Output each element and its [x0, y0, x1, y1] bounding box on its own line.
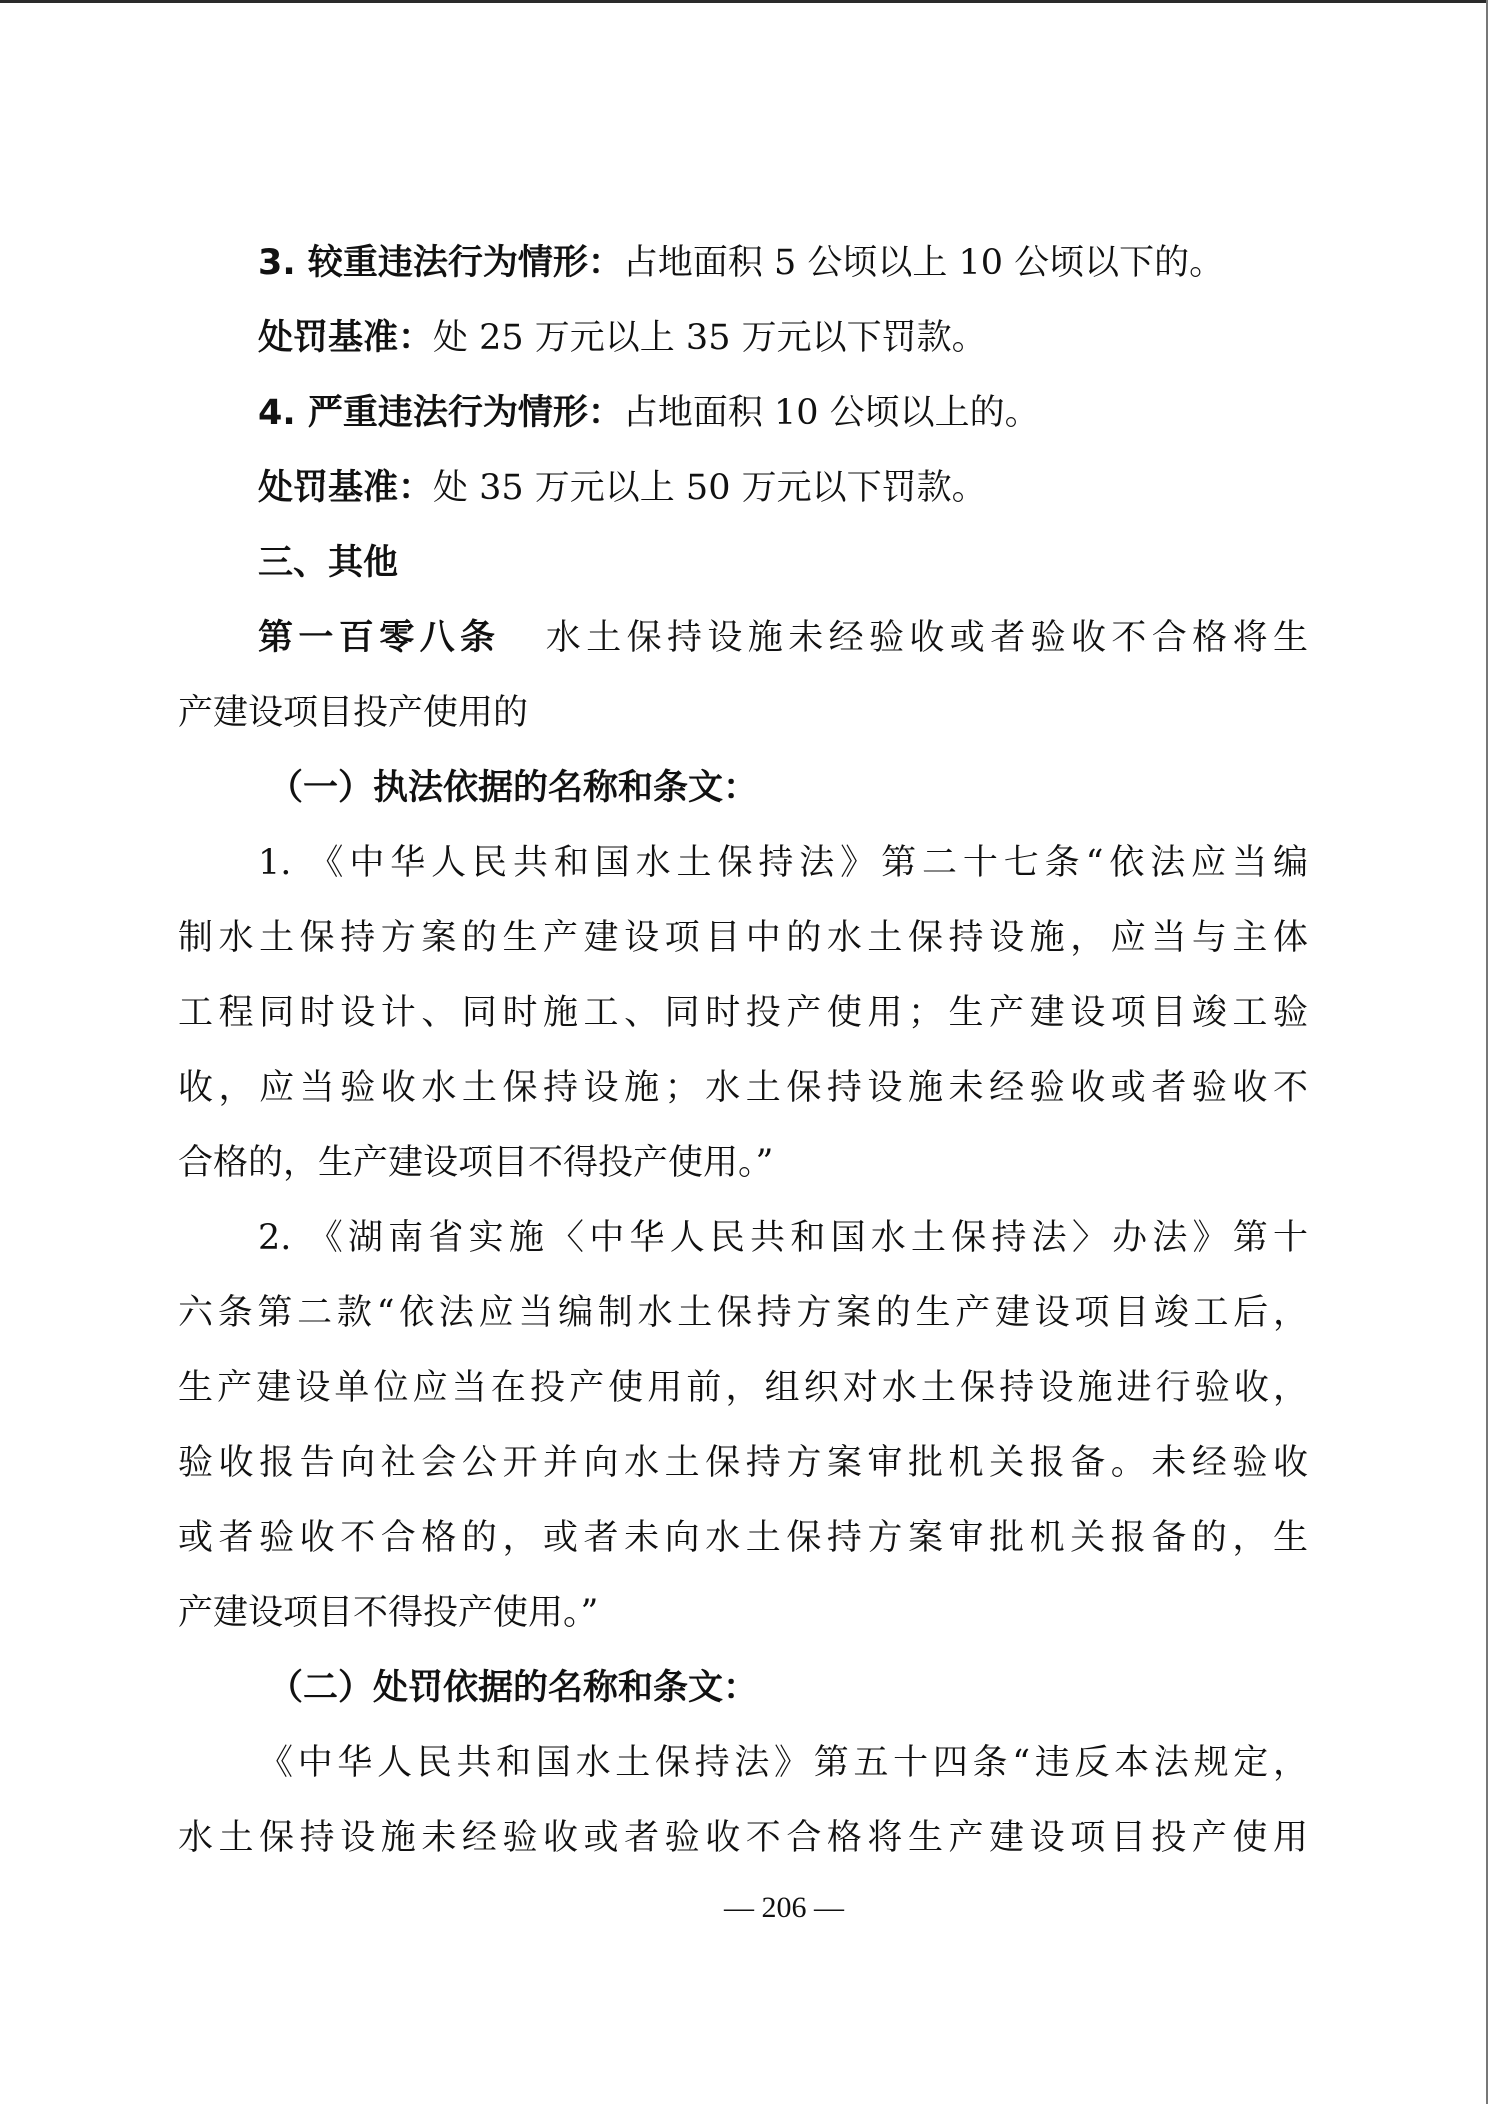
paragraph-text: 六条第二款“依法应当编制水土保持方案的生产建设项目竣工后， — [178, 1293, 1308, 1333]
paragraph-text: 合格的，生产建设项目不得投产使用。” — [178, 1143, 773, 1183]
text-line: 工程同时设计、同时施工、同时投产使用；生产建设项目竣工验 — [178, 988, 1308, 1038]
paragraph-text: 或者验收不合格的，或者未向水土保持方案审批机关报备的，生 — [178, 1518, 1308, 1558]
paragraph-text: 验收报告向社会公开并向水土保持方案审批机关报备。未经验收 — [178, 1443, 1308, 1483]
article-title: 水土保持设施未经验收或者验收不合格将生 — [540, 618, 1308, 658]
text-line: 处罚基准：处 25 万元以上 35 万元以下罚款。 — [258, 313, 1308, 363]
article-title-cont: 产建设项目投产使用的 — [178, 693, 528, 733]
paragraph-text: 制水土保持方案的生产建设项目中的水土保持设施，应当与主体 — [178, 918, 1308, 958]
page-top-border — [0, 0, 1488, 3]
subsection-title: （一）执法依据的名称和条文： — [268, 768, 758, 808]
item-heading: 3. 较重违法行为情形： — [258, 243, 623, 283]
text-line: 或者验收不合格的，或者未向水土保持方案审批机关报备的，生 — [178, 1513, 1308, 1563]
paragraph-text: 生产建设单位应当在投产使用前，组织对水土保持设施进行验收， — [178, 1368, 1308, 1408]
section-title: 三、其他 — [258, 543, 398, 583]
text-line: 收，应当验收水土保持设施；水土保持设施未经验收或者验收不 — [178, 1063, 1308, 1113]
text-line: 水土保持设施未经验收或者验收不合格将生产建设项目投产使用 — [178, 1813, 1308, 1863]
paragraph-text: 收，应当验收水土保持设施；水土保持设施未经验收或者验收不 — [178, 1068, 1308, 1108]
subsection-heading: （二）处罚依据的名称和条文： — [268, 1663, 1398, 1713]
text-line: 验收报告向社会公开并向水土保持方案审批机关报备。未经验收 — [178, 1438, 1308, 1488]
page-number: — 206 — — [684, 1888, 884, 1928]
subsection-heading: （一）执法依据的名称和条文： — [268, 763, 1398, 813]
penalty-label: 处罚基准： — [258, 468, 433, 508]
text-line: 《中华人民共和国水土保持法》第五十四条“违反本法规定， — [258, 1738, 1308, 1788]
item-text: 占地面积 10 公顷以上的。 — [623, 393, 1040, 433]
section-heading: 三、其他 — [258, 538, 1308, 588]
item-heading: 4. 严重违法行为情形： — [258, 393, 623, 433]
text-line: 产建设项目不得投产使用。” — [178, 1588, 1308, 1638]
article-number: 第一百零八条 — [258, 618, 500, 658]
text-line: 2. 《湖南省实施〈中华人民共和国水土保持法〉办法》第十 — [258, 1213, 1308, 1263]
text-line: 4. 严重违法行为情形：占地面积 10 公顷以上的。 — [258, 388, 1308, 438]
text-line: 1. 《中华人民共和国水土保持法》第二十七条“依法应当编 — [258, 838, 1308, 888]
paragraph-text: 2. 《湖南省实施〈中华人民共和国水土保持法〉办法》第十 — [258, 1218, 1308, 1258]
penalty-text: 处 25 万元以上 35 万元以下罚款。 — [433, 318, 987, 358]
paragraph-text: 《中华人民共和国水土保持法》第五十四条“违反本法规定， — [258, 1743, 1308, 1783]
paragraph-text: 水土保持设施未经验收或者验收不合格将生产建设项目投产使用 — [178, 1818, 1308, 1858]
article-heading-line: 第一百零八条水土保持设施未经验收或者验收不合格将生 — [258, 613, 1308, 663]
text-line: 3. 较重违法行为情形：占地面积 5 公顷以上 10 公顷以下的。 — [258, 238, 1308, 288]
text-line: 六条第二款“依法应当编制水土保持方案的生产建设项目竣工后， — [178, 1288, 1308, 1338]
text-line: 产建设项目投产使用的 — [178, 688, 1308, 738]
text-line: 生产建设单位应当在投产使用前，组织对水土保持设施进行验收， — [178, 1363, 1308, 1413]
item-text: 占地面积 5 公顷以上 10 公顷以下的。 — [623, 243, 1224, 283]
subsection-title: （二）处罚依据的名称和条文： — [268, 1668, 758, 1708]
text-line: 处罚基准：处 35 万元以上 50 万元以下罚款。 — [258, 463, 1308, 513]
paragraph-text: 产建设项目不得投产使用。” — [178, 1593, 598, 1633]
text-line: 制水土保持方案的生产建设项目中的水土保持设施，应当与主体 — [178, 913, 1308, 963]
penalty-label: 处罚基准： — [258, 318, 433, 358]
paragraph-text: 工程同时设计、同时施工、同时投产使用；生产建设项目竣工验 — [178, 993, 1308, 1033]
penalty-text: 处 35 万元以上 50 万元以下罚款。 — [433, 468, 987, 508]
paragraph-text: 1. 《中华人民共和国水土保持法》第二十七条“依法应当编 — [258, 843, 1308, 883]
text-line: 合格的，生产建设项目不得投产使用。” — [178, 1138, 1308, 1188]
